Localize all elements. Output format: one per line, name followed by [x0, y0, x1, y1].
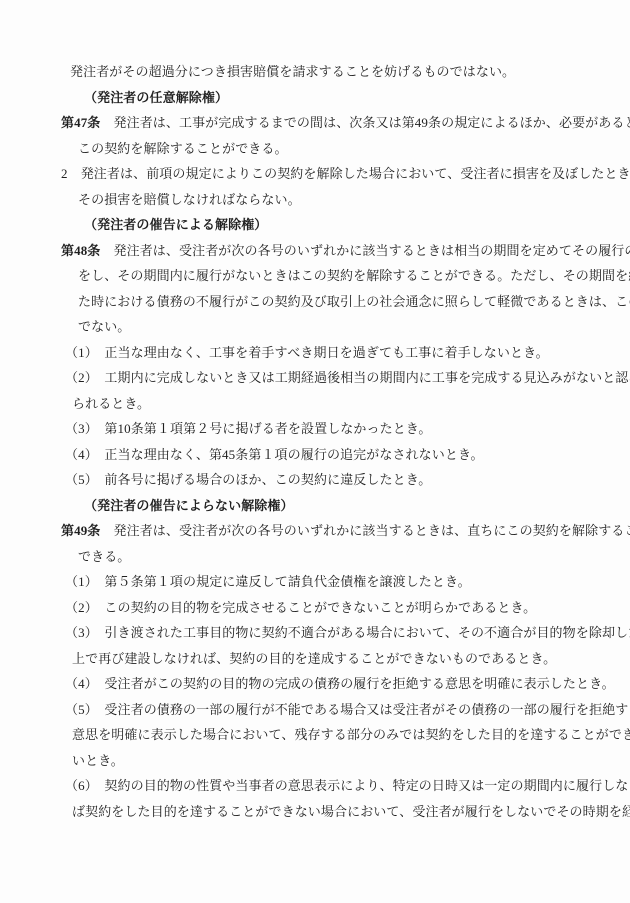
- line-text: いとき。: [72, 753, 124, 768]
- document-line: 第48条 発注者は、受注者が次の各号のいずれかに該当するときは相当の期間を定めて…: [0, 238, 630, 264]
- line-text: られるとき。: [72, 396, 150, 411]
- document-line: （発注者の催告による解除権）: [0, 212, 630, 238]
- line-text: （発注者の催告によらない解除権）: [84, 498, 294, 513]
- document-line: （2） この契約の目的物を完成させることができないことが明らかであるとき。: [0, 595, 630, 621]
- document-line: （1） 正当な理由なく、工事を着手すべき期日を過ぎても工事に着手しないとき。: [0, 340, 630, 366]
- document-line: できる。: [0, 544, 630, 570]
- contract-text: 発注者がその超過分につき損害賠償を請求することを妨げるものではない。（発注者の任…: [0, 59, 630, 824]
- line-text: （3） 第10条第１項第２号に掲げる者を設置しなかったとき。: [65, 421, 431, 436]
- line-text: （5） 前各号に掲げる場合のほか、この契約に違反したとき。: [65, 472, 431, 487]
- document-line: いとき。: [0, 748, 630, 774]
- line-text: （4） 受注者がこの契約の目的物の完成の債務の履行を拒絶する意思を明確に表示した…: [65, 676, 615, 691]
- line-text: （5） 受注者の債務の一部の履行が不能である場合又は受注者がその債務の一部の履行…: [65, 702, 630, 717]
- document-line: （2） 工期内に完成しないとき又は工期経過後相当の期間内に工事を完成する見込みが…: [0, 365, 630, 391]
- line-text: （発注者の催告による解除権）: [84, 217, 267, 232]
- document-line: （3） 引き渡された工事目的物に契約不適合がある場合において、その不適合が目的物…: [0, 620, 630, 646]
- line-text: （発注者の任意解除権）: [84, 90, 228, 105]
- document-line: この契約を解除することができる。: [0, 136, 630, 162]
- document-line: （1） 第５条第１項の規定に違反して請負代金債権を譲渡したとき。: [0, 569, 630, 595]
- line-text: 発注者は、工事が完成するまでの間は、次条又は第49条の規定によるほか、必要がある…: [100, 115, 630, 130]
- document-line: られるとき。: [0, 391, 630, 417]
- document-line: 上で再び建設しなければ、契約の目的を達成することができないものであるとき。: [0, 646, 630, 672]
- document-line: 2 発注者は、前項の規定によりこの契約を解除した場合において、受注者に損害を及ぼ…: [0, 161, 630, 187]
- line-text: この契約を解除することができる。: [78, 141, 288, 156]
- line-text: （4） 正当な理由なく、第45条第１項の履行の追完がなされないとき。: [65, 447, 484, 462]
- document-line: （4） 正当な理由なく、第45条第１項の履行の追完がなされないとき。: [0, 442, 630, 468]
- line-text: （1） 第５条第１項の規定に違反して請負代金債権を譲渡したとき。: [65, 574, 471, 589]
- document-line: ば契約をした目的を達することができない場合において、受注者が履行をしないでその時…: [0, 799, 630, 825]
- line-text: その損害を賠償しなければならない。: [78, 192, 301, 207]
- document-line: （発注者の任意解除権）: [0, 85, 630, 111]
- line-text: 2 発注者は、前項の規定によりこの契約を解除した場合において、受注者に損害を及ぼ…: [61, 166, 630, 181]
- line-text: （6） 契約の目的物の性質や当事者の意思表示により、特定の日時又は一定の期間内に…: [65, 778, 630, 793]
- document-line: （4） 受注者がこの契約の目的物の完成の債務の履行を拒絶する意思を明確に表示した…: [0, 671, 630, 697]
- line-text: 発注者は、受注者が次の各号のいずれかに該当するときは、直ちにこの契約を解除するこ…: [100, 523, 630, 538]
- article-number: 第48条: [61, 243, 100, 258]
- line-text: 上で再び建設しなければ、契約の目的を達成することができないものであるとき。: [72, 651, 556, 666]
- document-line: 第47条 発注者は、工事が完成するまでの間は、次条又は第49条の規定によるほか、…: [0, 110, 630, 136]
- line-text: できる。: [78, 549, 130, 564]
- document-line: （3） 第10条第１項第２号に掲げる者を設置しなかったとき。: [0, 416, 630, 442]
- document-line: 第49条 発注者は、受注者が次の各号のいずれかに該当するときは、直ちにこの契約を…: [0, 518, 630, 544]
- article-number: 第49条: [61, 523, 100, 538]
- line-text: た時における債務の不履行がこの契約及び取引上の社会通念に照らして軽微であるときは…: [78, 294, 630, 309]
- document-line: をし、その期間内に履行がないときはこの契約を解除することができる。ただし、その期…: [0, 263, 630, 289]
- line-text: （1） 正当な理由なく、工事を着手すべき期日を過ぎても工事に着手しないとき。: [65, 345, 549, 360]
- document-page: 発注者がその超過分につき損害賠償を請求することを妨げるものではない。（発注者の任…: [0, 0, 630, 903]
- article-number: 第47条: [61, 115, 100, 130]
- document-line: 意思を明確に表示した場合において、残存する部分のみでは契約をした目的を達すること…: [0, 722, 630, 748]
- document-line: その損害を賠償しなければならない。: [0, 187, 630, 213]
- line-text: （2） この契約の目的物を完成させることができないことが明らかであるとき。: [65, 600, 536, 615]
- document-line: （6） 契約の目的物の性質や当事者の意思表示により、特定の日時又は一定の期間内に…: [0, 773, 630, 799]
- line-text: 発注者がその超過分につき損害賠償を請求することを妨げるものではない。: [70, 64, 515, 79]
- line-text: ば契約をした目的を達することができない場合において、受注者が履行をしないでその時…: [72, 804, 630, 819]
- document-line: でない。: [0, 314, 630, 340]
- line-text: をし、その期間内に履行がないときはこの契約を解除することができる。ただし、その期…: [78, 268, 630, 283]
- document-line: （発注者の催告によらない解除権）: [0, 493, 630, 519]
- document-line: た時における債務の不履行がこの契約及び取引上の社会通念に照らして軽微であるときは…: [0, 289, 630, 315]
- line-text: 発注者は、受注者が次の各号のいずれかに該当するときは相当の期間を定めてその履行の…: [100, 243, 630, 258]
- line-text: 意思を明確に表示した場合において、残存する部分のみでは契約をした目的を達すること…: [72, 727, 630, 742]
- line-text: （3） 引き渡された工事目的物に契約不適合がある場合において、その不適合が目的物…: [65, 625, 630, 640]
- document-line: （5） 前各号に掲げる場合のほか、この契約に違反したとき。: [0, 467, 630, 493]
- line-text: （2） 工期内に完成しないとき又は工期経過後相当の期間内に工事を完成する見込みが…: [65, 370, 630, 385]
- line-text: でない。: [78, 319, 130, 334]
- document-line: 発注者がその超過分につき損害賠償を請求することを妨げるものではない。: [0, 59, 630, 85]
- document-line: （5） 受注者の債務の一部の履行が不能である場合又は受注者がその債務の一部の履行…: [0, 697, 630, 723]
